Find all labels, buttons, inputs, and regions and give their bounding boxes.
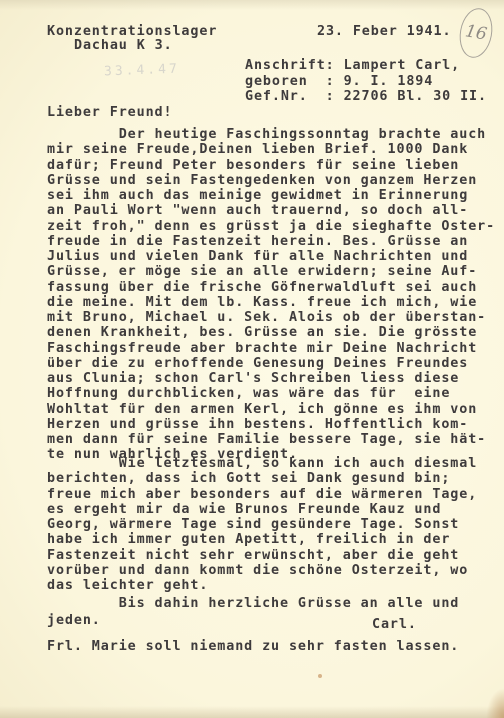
address-line: Anschrift: Lampert Carl,	[245, 58, 460, 74]
letter-text-line: mit Bruno, Michael u. Sek. Alois ob der …	[47, 310, 486, 326]
letter-text-line: Der heutige Faschingssonntag brachte auc…	[47, 127, 486, 143]
letter-text-line: vorüber und dann kommt die schöne Osterz…	[47, 563, 468, 579]
letter-text-line: Julius und vielen Dank für alle Nachrich…	[47, 249, 468, 265]
letter-date: 23. Feber 1941.	[317, 24, 451, 40]
letter-text-line: über die zu erhoffende Genesung Deines F…	[47, 356, 468, 372]
letter-text-line: es ergeht mir da wie Brunos Freunde Kauz…	[47, 502, 441, 518]
letter-text-line: fassung über die frische Göfnerwaldluft …	[47, 280, 477, 296]
letter-text-line: Grüsse, er möge sie an alle erwidern; se…	[47, 264, 477, 280]
letter-text-line: zeit froh," denn es grüsst ja die siegha…	[47, 219, 495, 235]
closing-line: Bis dahin herzliche Grüsse an alle und	[47, 596, 459, 612]
letter-text-line: freude in die Fastenzeit herein. Bes. Gr…	[47, 234, 468, 250]
sender-line-2: Dachau K 3.	[74, 38, 173, 54]
letter-text-line: denen Krankheit, bes. Grüsse an sie. Die…	[47, 325, 477, 341]
letter-text-line: habe ich immer guten Apetitt, freilich i…	[47, 532, 450, 548]
letter-text-line: aus Clunia; schon Carl's Schreiben liess…	[47, 371, 459, 387]
letter-text-line: men dann für seine Familie bessere Tage,…	[47, 432, 486, 448]
letter-text-line: dafür; Freund Peter besonders für seine …	[47, 158, 459, 174]
letter-text-line: Herzen und grüsse ihn bestens. Hoffentli…	[47, 417, 468, 433]
letter-text-line: berichten, dass ich Gott sei Dank gesund…	[47, 471, 450, 487]
letter-text-line: die meine. Mit dem lb. Kass. freue ich m…	[47, 295, 477, 311]
letter-text-line: an Pauli Wort "wenn auch trauernd, so do…	[47, 203, 468, 219]
letter-text-line: Wie letztesmal, so kann ich auch diesmal	[47, 456, 477, 472]
paper-spot	[318, 674, 322, 678]
letter-text-line: sei ihm auch das meinige gewidmet in Eri…	[47, 188, 468, 204]
signature: Carl.	[372, 617, 417, 633]
paper-stain	[486, 688, 504, 718]
letter-text-line: Hoffnung durchblicken, was wäre das für …	[47, 386, 450, 402]
letter-text-line: freue mich aber besonders auf die wärmer…	[47, 487, 477, 503]
address-line: Gef.Nr. : 22706 Bl. 30 II.	[245, 89, 487, 105]
letter-text-line: Fastenzeit nicht sehr erwünscht, aber di…	[47, 548, 459, 564]
salutation: Lieber Freund!	[47, 105, 172, 121]
letter-text-line: Wohltat für den armen Kerl, ich gönne es…	[47, 402, 477, 418]
letter-text-line: das leichter geht.	[47, 578, 208, 594]
closing-end: jeden.	[47, 613, 101, 629]
address-line: geboren : 9. I. 1894	[245, 74, 433, 90]
letter-text-line: Georg, wärmere Tage sind gesündere Tage.…	[47, 517, 459, 533]
faded-stamp: 33.4.47	[104, 62, 180, 80]
letter-text-line: Grüsse und sein Fastengedenken von ganze…	[47, 173, 477, 189]
postscript: Frl. Marie soll niemand zu sehr fasten l…	[47, 639, 459, 655]
letter-text-line: Faschingsfreude aber brachte mir Deine N…	[47, 341, 477, 357]
letter-text-line: mir seine Freude,Deinen lieben Brief. 10…	[47, 142, 468, 158]
